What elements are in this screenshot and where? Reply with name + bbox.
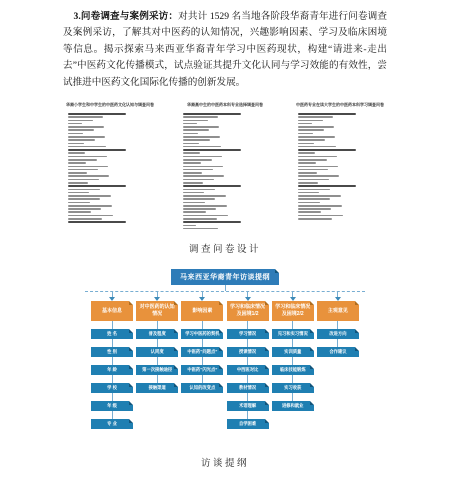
item-connector-line	[157, 375, 158, 383]
flow-item-box: 年 龄	[91, 365, 133, 375]
questionnaire-text-line	[298, 129, 324, 131]
questionnaire-text-line	[68, 129, 94, 131]
flow-column: 学习和临床情况及困境1/2学习情况授课情况中西医对比教材情况术语理解自学困难	[227, 292, 269, 429]
flow-header-box: 影响因素	[181, 301, 223, 321]
questionnaire-text-line	[68, 139, 95, 141]
questionnaire-text-line	[298, 143, 314, 145]
questionnaire-text-line	[183, 146, 222, 148]
questionnaire-text-line	[183, 205, 228, 207]
flow-item-box: 教材情况	[227, 383, 269, 393]
questionnaire-text-line	[68, 182, 88, 184]
questionnaire-title: 中医药专业在读大学生的中医药本科学习调查问卷	[292, 102, 389, 108]
item-connector-line	[112, 375, 113, 383]
item-connector-line	[157, 357, 158, 365]
questionnaire-text-line	[298, 123, 313, 125]
flow-item-box: 临床技能锻炼	[272, 365, 314, 375]
item-connector-line	[292, 375, 293, 383]
questionnaire-title: 华裔高中生的中医药本科专业选择调查问卷	[177, 102, 274, 108]
item-connector-line	[202, 339, 203, 347]
questionnaire-page: 华裔高中生的中医药本科专业选择调查问卷	[177, 102, 274, 234]
flow-item-box: 年 级	[91, 401, 133, 411]
flow-item-box: 学习情况	[227, 329, 269, 339]
flow-column: 主观意见改进方向合作建议	[317, 292, 359, 429]
item-connector-line	[112, 393, 113, 401]
flow-item-box: 中西医对比	[227, 365, 269, 375]
questionnaire-text-line	[298, 172, 317, 174]
item-connector-line	[202, 375, 203, 383]
item-connector-line	[337, 321, 338, 329]
questionnaire-text-line	[183, 169, 213, 171]
questionnaire-text-line	[183, 159, 212, 161]
questionnaire-text-line	[68, 149, 126, 151]
item-connector-line	[247, 375, 248, 383]
questionnaire-text-line	[68, 172, 87, 174]
questionnaire-text-line	[298, 149, 356, 151]
item-connector-line	[247, 357, 248, 365]
questionnaire-text-line	[183, 116, 219, 118]
flow-item-box: 自学困难	[227, 419, 269, 429]
questionnaire-text-line	[298, 166, 339, 168]
questionnaire-text-line	[298, 208, 332, 210]
item-connector-line	[112, 411, 113, 419]
questionnaire-page: 中医药专业在读大学生的中医药本科学习调查问卷	[292, 102, 389, 234]
questionnaire-text-line	[183, 152, 200, 154]
flow-item-box: 第一次接触途径	[136, 365, 178, 375]
interview-flowchart: 马来西亚华裔青年访谈提纲 基本信息姓 名性 别年 龄学 校年 级专 业对中医药的…	[85, 269, 365, 429]
questionnaire-text-line	[298, 205, 343, 207]
flow-item-box: 接触渠道	[136, 383, 178, 393]
flow-column: 基本信息姓 名性 别年 龄学 校年 级专 业	[91, 292, 133, 429]
questionnaire-text-line	[183, 218, 218, 220]
flow-item-box: 专 业	[91, 419, 133, 429]
questionnaire-text-line	[68, 169, 98, 171]
paragraph-body: 对共计 1529 名当地各阶段华裔青年进行问卷调查及案例采访，了解其对中医药的认…	[63, 11, 387, 88]
questionnaire-text-line	[183, 225, 197, 227]
flow-item-box: 实习收获	[272, 383, 314, 393]
flow-header-box: 学习和临床情况及困境2/2	[272, 301, 314, 321]
questionnaire-title: 华裔小学生和中学生的中医药文化认知与调查问卷	[62, 102, 159, 108]
questionnaire-text-line	[298, 159, 327, 161]
item-connector-line	[247, 321, 248, 329]
questionnaire-text-line	[183, 208, 217, 210]
flow-item-box: 中医药“闪光点”	[181, 365, 223, 375]
flow-column: 影响因素学习中医药的契机中医药“问题点”中医药“闪光点”认知的改变点	[181, 292, 223, 429]
flowchart-columns: 基本信息姓 名性 别年 龄学 校年 级专 业对中医药的认知情况普及程度认同度第一…	[85, 292, 365, 429]
questionnaire-text-line	[183, 123, 198, 125]
flow-item-box: 术语理解	[227, 401, 269, 411]
questionnaire-text-line	[298, 152, 315, 154]
questionnaire-text-line	[183, 182, 203, 184]
item-connector-line	[202, 321, 203, 329]
questionnaire-text-line	[68, 156, 108, 158]
questionnaire-text-line	[183, 149, 241, 151]
questionnaire-text-line	[183, 185, 241, 187]
questionnaire-text-line	[68, 162, 86, 164]
flow-header-box: 学习和临床情况及困境1/2	[227, 301, 269, 321]
questionnaire-text-line	[298, 146, 337, 148]
questionnaire-text-line	[183, 198, 216, 200]
questionnaire-text-line	[183, 120, 208, 122]
item-connector-line	[247, 339, 248, 347]
questionnaire-text-line	[183, 195, 227, 197]
flow-item-box: 实训质量	[272, 347, 314, 357]
questionnaire-text-line	[298, 211, 321, 213]
interview-caption: 访谈提纲	[0, 455, 450, 469]
questionnaire-text-line	[183, 156, 223, 158]
item-connector-line	[112, 339, 113, 347]
questionnaire-text-line	[298, 179, 329, 181]
questionnaire-text-line	[68, 143, 84, 145]
questionnaire-text-line	[298, 120, 323, 122]
flow-item-box: 中医药“问题点”	[181, 347, 223, 357]
questionnaire-text-line	[298, 182, 318, 184]
item-connector-line	[157, 339, 158, 347]
item-connector-line	[202, 357, 203, 365]
questionnaire-text-line	[298, 139, 325, 141]
questionnaire-text-line	[298, 126, 335, 128]
down-arrow-icon	[335, 292, 341, 301]
questionnaire-text-line	[183, 192, 204, 194]
questionnaire-text-line	[68, 205, 113, 207]
questionnaire-text-line	[183, 228, 219, 230]
questionnaire-text-line	[68, 192, 89, 194]
document-page: 3.问卷调查与案例采访：对共计 1529 名当地各阶段华裔青年进行问卷调查及案例…	[0, 0, 450, 500]
item-connector-line	[337, 339, 338, 347]
questionnaire-text-line	[183, 179, 214, 181]
item-connector-line	[247, 393, 248, 401]
flow-item-box: 改进方向	[317, 329, 359, 339]
item-connector-line	[112, 321, 113, 329]
questionnaire-page: 华裔小学生和中学生的中医药文化认知与调查问卷	[62, 102, 159, 234]
questionnaire-text-line	[68, 211, 91, 213]
questionnaire-text-line	[68, 185, 126, 187]
flow-item-box: 性 别	[91, 347, 133, 357]
questionnaire-text-line	[298, 198, 331, 200]
flow-item-box: 合作建议	[317, 347, 359, 357]
item-connector-line	[112, 357, 113, 365]
item-connector-line	[292, 357, 293, 365]
item-connector-line	[292, 393, 293, 401]
flow-item-box: 普及程度	[136, 329, 178, 339]
paragraph-lead: 3.问卷调查与案例采访：	[74, 11, 179, 22]
questionnaire-text-line	[298, 195, 342, 197]
questionnaire-text-line	[183, 221, 241, 223]
questionnaire-text-line	[68, 136, 106, 138]
questionnaire-text-line	[298, 156, 338, 158]
questionnaire-text-line	[183, 113, 241, 115]
questionnaire-figure: 华裔小学生和中学生的中医药文化认知与调查问卷华裔高中生的中医药本科专业选择调查问…	[0, 102, 450, 234]
item-connector-line	[247, 411, 248, 419]
questionnaire-text-line	[183, 126, 220, 128]
questionnaire-text-line	[298, 192, 319, 194]
questionnaire-text-line	[68, 215, 114, 217]
questionnaire-text-line	[68, 179, 99, 181]
flow-item-box: 认知的改变点	[181, 383, 223, 393]
questionnaire-text-line	[298, 169, 328, 171]
questionnaire-text-line	[68, 175, 110, 177]
questionnaire-text-line	[298, 162, 316, 164]
questionnaire-text-line	[68, 221, 126, 223]
down-arrow-icon	[109, 292, 115, 301]
questionnaire-text-line	[68, 133, 84, 135]
down-arrow-icon	[199, 292, 205, 301]
questionnaire-text-line	[68, 120, 93, 122]
questionnaire-text-line	[298, 133, 314, 135]
questionnaire-text-line	[183, 162, 201, 164]
questionnaire-text-line	[68, 189, 100, 191]
questionnaire-text-line	[298, 218, 333, 220]
item-connector-line	[157, 321, 158, 329]
questionnaire-text-line	[298, 113, 356, 115]
flow-item-box: 认同度	[136, 347, 178, 357]
questionnaire-text-line	[68, 166, 109, 168]
questionnaire-text-line	[183, 166, 224, 168]
item-connector-line	[292, 339, 293, 347]
questionnaire-text-line	[183, 172, 202, 174]
questionnaire-text-line	[68, 218, 103, 220]
questionnaire-text-line	[183, 189, 215, 191]
questionnaire-text-line	[183, 129, 209, 131]
questionnaire-text-line	[68, 208, 102, 210]
flow-item-box: 学习中医药的契机	[181, 329, 223, 339]
questionnaire-text-line	[68, 116, 104, 118]
down-arrow-icon	[245, 292, 251, 301]
questionnaire-caption: 调查问卷设计	[0, 241, 450, 255]
flow-item-box: 见习和实习情况	[272, 329, 314, 339]
questionnaire-text-line	[298, 136, 336, 138]
questionnaire-text-line	[68, 123, 83, 125]
flow-header-box: 主观意见	[317, 301, 359, 321]
questionnaire-text-line	[298, 215, 344, 217]
flow-column: 对中医药的认知情况普及程度认同度第一次接触途径接触渠道	[136, 292, 178, 429]
questionnaire-text-line	[298, 202, 320, 204]
item-connector-line	[292, 321, 293, 329]
questionnaire-text-line	[68, 152, 85, 154]
down-arrow-icon	[154, 292, 160, 301]
questionnaire-text-line	[298, 175, 340, 177]
questionnaire-text-line	[183, 139, 210, 141]
questionnaire-text-line	[183, 202, 205, 204]
questionnaire-text-line	[183, 211, 206, 213]
questionnaire-text-line	[68, 159, 97, 161]
questionnaire-text-line	[298, 116, 334, 118]
flow-item-box: 授课情况	[227, 347, 269, 357]
questionnaire-text-line	[298, 185, 356, 187]
flow-item-box: 姓 名	[91, 329, 133, 339]
questionnaire-text-line	[68, 195, 112, 197]
questionnaire-text-line	[183, 143, 199, 145]
down-arrow-icon	[290, 292, 296, 301]
flowchart-banner: 马来西亚华裔青年访谈提纲	[171, 269, 279, 285]
flow-item-box: 学 校	[91, 383, 133, 393]
questionnaire-text-line	[183, 175, 225, 177]
flow-header-box: 对中医药的认知情况	[136, 301, 178, 321]
flow-item-box: 进修和就业	[272, 401, 314, 411]
flow-header-box: 基本信息	[91, 301, 133, 321]
questionnaire-text-line	[68, 146, 107, 148]
questionnaire-text-line	[68, 113, 126, 115]
questionnaire-text-line	[183, 133, 199, 135]
questionnaire-text-line	[183, 136, 221, 138]
questionnaire-text-line	[68, 202, 90, 204]
flow-column: 学习和临床情况及困境2/2见习和实习情况实训质量临床技能锻炼实习收获进修和就业	[272, 292, 314, 429]
questionnaire-text-line	[298, 189, 330, 191]
questionnaire-text-line	[68, 198, 101, 200]
questionnaire-text-line	[183, 215, 229, 217]
intro-paragraph: 3.问卷调查与案例采访：对共计 1529 名当地各阶段华裔青年进行问卷调查及案例…	[63, 9, 387, 91]
questionnaire-text-line	[68, 126, 105, 128]
